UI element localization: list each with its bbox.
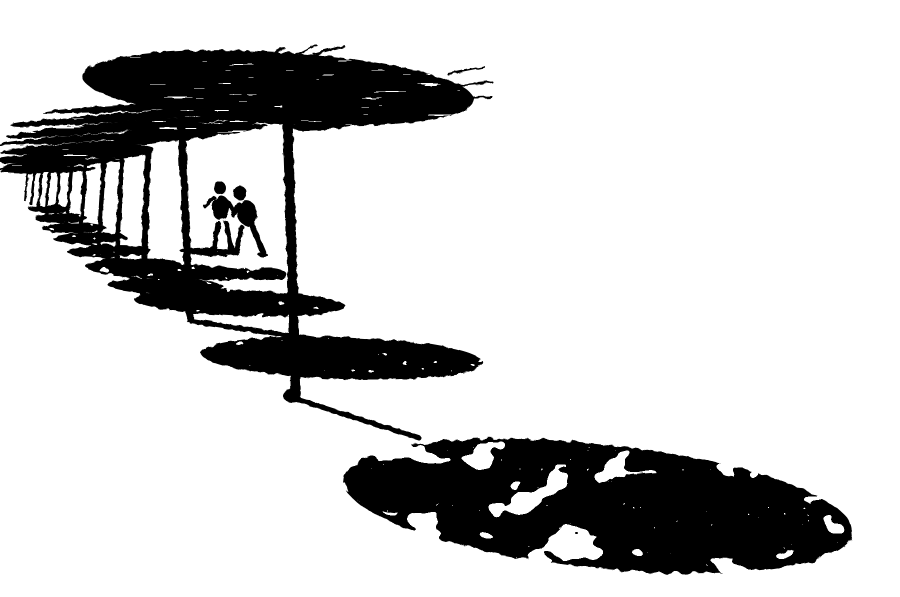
canopy-stick [460,97,492,98]
head [234,186,247,200]
photo-frame [0,0,900,597]
umbrella-pole [116,155,122,276]
shadow-bar [67,244,151,257]
limb [226,223,231,247]
umbrella-pole [98,158,104,258]
canopy-stick [448,67,484,74]
figure-shadow [255,267,288,281]
canopy-stick [455,82,492,86]
pole-shadow-line [293,398,419,438]
main-pole-base [283,390,301,402]
foot [210,246,218,250]
limb [252,226,263,252]
head [214,182,226,195]
limb [215,223,218,246]
foot [258,252,268,258]
child-silhouette-right [231,186,268,258]
foot [231,252,239,256]
limb [236,228,242,252]
beach-umbrellas-photo [0,0,900,597]
limb [205,198,214,206]
canopy-stick [314,46,344,54]
canopy-stick [296,45,316,55]
